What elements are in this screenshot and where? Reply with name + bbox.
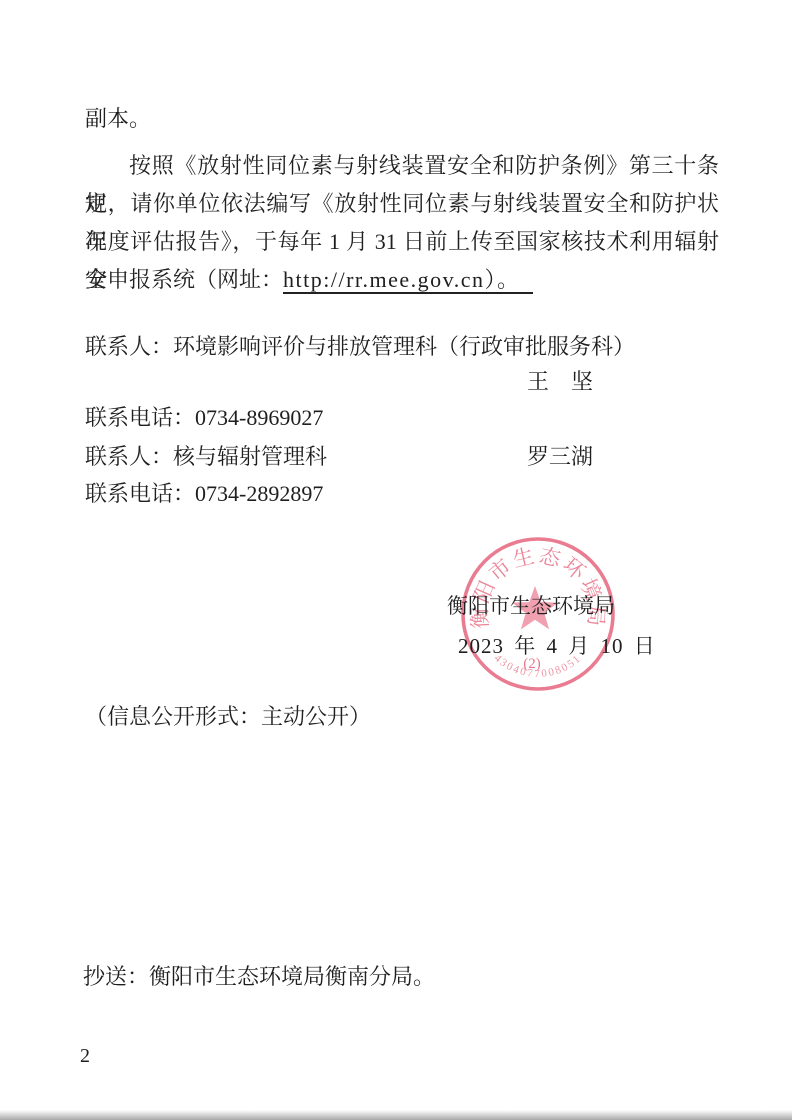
page-number: 2	[80, 1044, 90, 1068]
cc-note: 抄送：衡阳市生态环境局衡南分局。	[83, 962, 435, 992]
signature-date: 2023 年 4 月 10 日	[458, 633, 656, 659]
contact2-person: 罗三湖	[527, 438, 593, 476]
copy-note: 副本。	[85, 100, 151, 138]
contact2-department: 联系人：核与辐射管理科	[85, 438, 327, 476]
paragraph-line-4: 全申报系统（网址：http://rr.mee.gov.cn）。	[85, 261, 745, 299]
contact1-person: 王 坚	[527, 363, 593, 401]
report-system-url[interactable]: http://rr.mee.gov.cn）。	[283, 267, 532, 294]
signature-agency: 衡阳市生态环境局	[447, 593, 615, 619]
paragraph-line-3: 年度评估报告》，于每年 1 月 31 日前上传至国家核技术利用辐射安	[85, 223, 719, 261]
disclosure-note: （信息公开形式：主动公开）	[85, 702, 371, 732]
paragraph-line-2: 定，请你单位依法编写《放射性同位素与射线装置安全和防护状况	[85, 185, 719, 223]
contact2-phone: 联系电话：0734-2892897	[85, 475, 323, 513]
contact1-phone: 联系电话：0734-8969027	[85, 399, 323, 437]
paragraph-line-4-prefix: 全申报系统（网址：	[85, 267, 283, 292]
scan-edge-shadow	[0, 1110, 792, 1120]
contact1-department: 联系人：环境影响评价与排放管理科（行政审批服务科）	[85, 328, 635, 366]
paragraph-line-1: 按照《放射性同位素与射线装置安全和防护条例》第三十条规	[85, 147, 719, 185]
scanned-document-page: 副本。 按照《放射性同位素与射线装置安全和防护条例》第三十条规 定，请你单位依法…	[0, 0, 792, 1120]
